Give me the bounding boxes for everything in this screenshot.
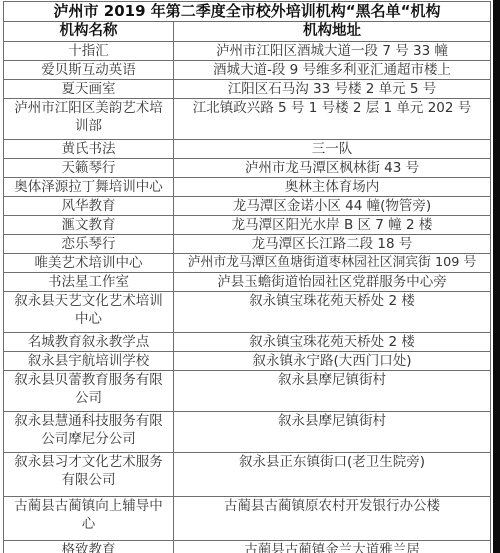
institution-address: 酒城大道-段 9 号维多利亚汇通超市楼上 [174, 61, 491, 80]
institution-name: 叙永县天艺文化艺术培训中心 [4, 292, 174, 333]
institution-name: 古蔺县古蔺镇向上辅导中心 [4, 497, 174, 541]
institution-name: 滙文教育 [4, 216, 174, 235]
institution-address: 叙永县摩尼镇街村 [174, 371, 491, 412]
institution-name: 格致教育 [4, 541, 174, 553]
institution-name: 黄氏书法 [4, 140, 174, 159]
table-row: 书法星工作室 泸县玉蟾街道怡园社区党群服务中心旁 [4, 273, 491, 292]
institution-name: 唯美艺术培训中心 [4, 254, 174, 273]
institution-address: 龙马潭区金诺小区 44 幢(物管旁) [174, 197, 491, 216]
table-row: 叙永县习才文化艺术服务有限公司 叙永县正东镇街口(老卫生院旁) [4, 453, 491, 497]
institution-address: 叙永县摩尼镇街村 [174, 412, 491, 453]
institution-address: 龙马潭区阳光水岸 B 区 7 幢 2 楼 [174, 216, 491, 235]
institution-address: 古蔺县古蔺镇金兰大道雅兰居 [174, 541, 491, 553]
blacklist-document: 泸州市 2019 年第二季度全市校外培训机构“黑名单“机构 机构名称 机构地址 … [3, 1, 490, 553]
institution-name: 爱贝斯互动英语 [4, 61, 174, 80]
column-header-name: 机构名称 [4, 22, 174, 42]
table-row: 叙永县贝蕾教育服务有限公司 叙永县摩尼镇街村 [4, 371, 491, 412]
institution-address: 叙永县正东镇街口(老卫生院旁) [174, 453, 491, 497]
institution-name: 风华教育 [4, 197, 174, 216]
institution-address: 泸州市龙马潭区枫林街 43 号 [174, 159, 491, 178]
title-row: 泸州市 2019 年第二季度全市校外培训机构“黑名单“机构 [4, 2, 491, 22]
table-row: 天籁琴行 泸州市龙马潭区枫林街 43 号 [4, 159, 491, 178]
institution-name: 十指汇 [4, 42, 174, 61]
table-row: 十指汇 泸州市江阳区酒城大道一段 7 号 33 幢 [4, 42, 491, 61]
institution-name: 书法星工作室 [4, 273, 174, 292]
header-row: 机构名称 机构地址 [4, 22, 491, 42]
table-row: 爱贝斯互动英语 酒城大道-段 9 号维多利亚汇通超市楼上 [4, 61, 491, 80]
table-row: 滙文教育 龙马潭区阳光水岸 B 区 7 幢 2 楼 [4, 216, 491, 235]
right-edge-bar [493, 0, 500, 553]
institution-name: 恋乐琴行 [4, 235, 174, 254]
institution-address: 叙永镇宝珠花苑天桥处 2 楼 [174, 292, 491, 333]
table-row: 恋乐琴行 龙马潭区长江路二段 18 号 [4, 235, 491, 254]
institution-name: 泸州市江阳区美韵艺术培训部 [4, 99, 174, 140]
table-row: 古蔺县古蔺镇向上辅导中心 古蔺县古蔺镇原农村开发银行办公楼 [4, 497, 491, 541]
institution-address: 古蔺县古蔺镇原农村开发银行办公楼 [174, 497, 491, 541]
table-row: 唯美艺术培训中心 泸州市龙马潭区鱼塘街道枣林园社区洞宾街 109 号 [4, 254, 491, 273]
table-row: 奥体泽源拉丁舞培训中心 奥林主体育场内 [4, 178, 491, 197]
institution-address: 江阳区石马沟 33 号楼 2 单元 5 号 [174, 80, 491, 99]
table-row: 名城教育叙永教学点 叙永镇宝珠花苑天桥处 2 楼 [4, 333, 491, 352]
institution-address: 泸州市江阳区酒城大道一段 7 号 33 幢 [174, 42, 491, 61]
institution-address: 泸县玉蟾街道怡园社区党群服务中心旁 [174, 273, 491, 292]
institution-address: 泸州市龙马潭区鱼塘街道枣林园社区洞宾街 109 号 [174, 254, 491, 273]
institution-address: 奥林主体育场内 [174, 178, 491, 197]
institution-address: 龙马潭区长江路二段 18 号 [174, 235, 491, 254]
institution-name: 叙永县贝蕾教育服务有限公司 [4, 371, 174, 412]
table-row: 叙永县慧通科技服务有限公司摩尼分公司 叙永县摩尼镇街村 [4, 412, 491, 453]
table-row: 风华教育 龙马潭区金诺小区 44 幢(物管旁) [4, 197, 491, 216]
table-row: 格致教育 古蔺县古蔺镇金兰大道雅兰居 [4, 541, 491, 553]
table-title: 泸州市 2019 年第二季度全市校外培训机构“黑名单“机构 [4, 2, 491, 22]
table-row: 泸州市江阳区美韵艺术培训部 江北镇政兴路 5 号 1 号楼 2 层 1 单元 2… [4, 99, 491, 140]
blacklist-table: 泸州市 2019 年第二季度全市校外培训机构“黑名单“机构 机构名称 机构地址 … [3, 1, 491, 553]
institution-name: 天籁琴行 [4, 159, 174, 178]
table-row: 黄氏书法 三一队 [4, 140, 491, 159]
institution-name: 名城教育叙永教学点 [4, 333, 174, 352]
institution-address: 叙永镇永宁路(大西门口处) [174, 352, 491, 371]
table-row: 叙永县宇航培训学校 叙永镇永宁路(大西门口处) [4, 352, 491, 371]
table-row: 夏天画室 江阳区石马沟 33 号楼 2 单元 5 号 [4, 80, 491, 99]
column-header-address: 机构地址 [174, 22, 491, 42]
institution-address: 江北镇政兴路 5 号 1 号楼 2 层 1 单元 202 号 [174, 99, 491, 140]
institution-name: 叙永县习才文化艺术服务有限公司 [4, 453, 174, 497]
institution-name: 叙永县宇航培训学校 [4, 352, 174, 371]
institution-name: 叙永县慧通科技服务有限公司摩尼分公司 [4, 412, 174, 453]
institution-address: 三一队 [174, 140, 491, 159]
table-row: 叙永县天艺文化艺术培训中心 叙永镇宝珠花苑天桥处 2 楼 [4, 292, 491, 333]
institution-name: 奥体泽源拉丁舞培训中心 [4, 178, 174, 197]
institution-address: 叙永镇宝珠花苑天桥处 2 楼 [174, 333, 491, 352]
institution-name: 夏天画室 [4, 80, 174, 99]
